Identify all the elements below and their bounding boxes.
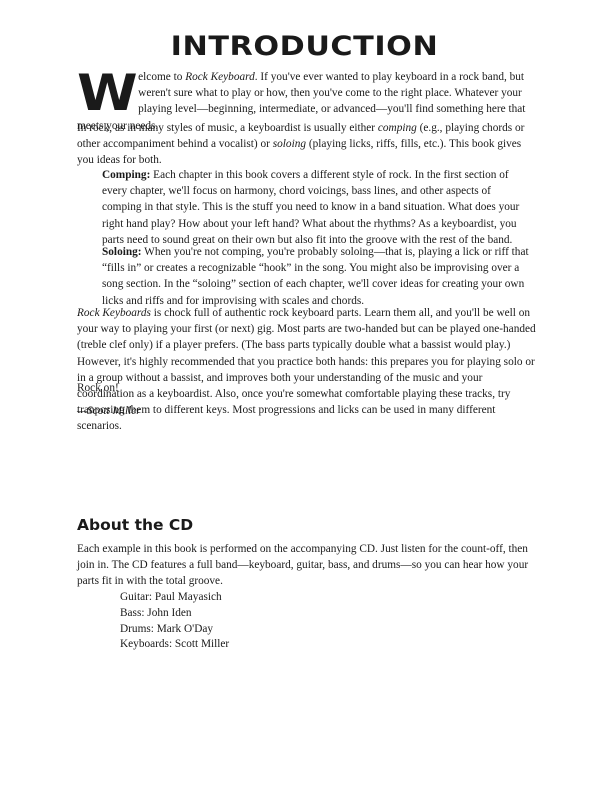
book-title: Rock Keyboards: [77, 307, 151, 319]
page-title: INTRODUCTION: [50, 31, 560, 62]
closing-line: Rock on!: [77, 380, 119, 396]
soloing-label: Soloing:: [102, 246, 142, 258]
book-title: Rock Keyboard: [185, 71, 255, 83]
credit-item: Guitar: Paul Mayasich: [120, 590, 229, 606]
credit-item: Bass: John Iden: [120, 606, 229, 622]
credits-list: Guitar: Paul Mayasich Bass: John Iden Dr…: [120, 590, 229, 653]
book-overview-paragraph: Rock Keyboards is chock full of authenti…: [77, 305, 537, 435]
comping-paragraph: Comping: Each chapter in this book cover…: [102, 167, 532, 248]
author-signature: —Scott Miller: [77, 403, 141, 419]
comping-label: Comping:: [102, 169, 150, 181]
styles-paragraph: In rock, as in many styles of music, a k…: [77, 120, 532, 169]
credit-item: Drums: Mark O'Day: [120, 622, 229, 638]
drop-cap: W: [77, 73, 138, 113]
about-cd-heading: About the CD: [77, 516, 193, 534]
credit-item: Keyboards: Scott Miller: [120, 637, 229, 653]
soloing-paragraph: Soloing: When you're not comping, you're…: [102, 244, 532, 309]
about-cd-paragraph: Each example in this book is performed o…: [77, 541, 537, 590]
